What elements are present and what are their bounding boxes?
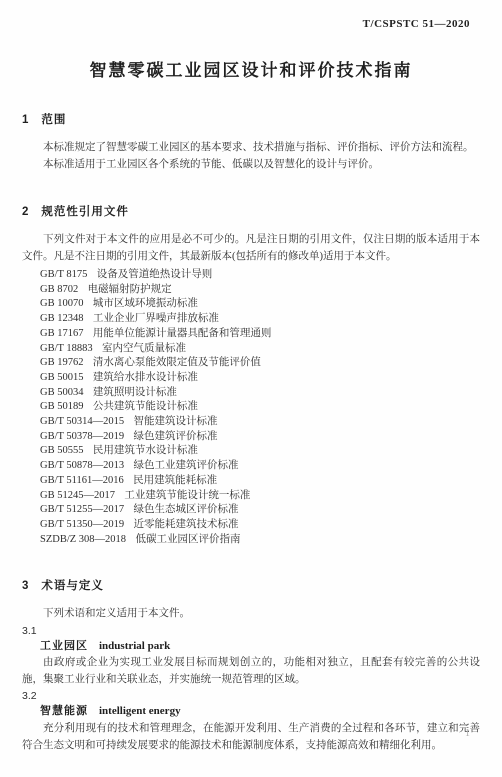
reference-item: GB/T 50378—2019绿色建筑评价标准 xyxy=(40,430,480,445)
term-definition: 由政府或企业为实现工业发展目标而规划创立的，功能相对独立，且配套有较完善的公共设… xyxy=(22,654,480,688)
reference-title: 工业建筑节能设计统一标准 xyxy=(124,490,250,501)
reference-item: SZDB/Z 308—2018低碳工业园区评价指南 xyxy=(40,533,480,548)
reference-item: GB/T 51255—2017绿色生态城区评价标准 xyxy=(40,503,480,518)
reference-title: 绿色工业建筑评价标准 xyxy=(134,460,239,471)
term-name-chinese: 智慧能源 xyxy=(40,705,88,717)
reference-code: GB 50034 xyxy=(40,387,83,398)
reference-item: GB 12348工业企业厂界噪声排放标准 xyxy=(40,312,480,327)
section-number: 1 xyxy=(22,114,28,126)
reference-list: GB/T 8175设备及管道绝热设计导则 GB 8702电磁辐射防护规定 GB … xyxy=(22,268,480,547)
reference-title: 智能建筑设计标准 xyxy=(134,416,218,427)
section-number: 2 xyxy=(22,206,28,218)
reference-code: GB/T 51255—2017 xyxy=(40,504,124,515)
reference-title: 清水离心泵能效限定值及节能评价值 xyxy=(93,357,261,368)
reference-item: GB 19762清水离心泵能效限定值及节能评价值 xyxy=(40,356,480,371)
section-heading-normative-references: 2规范性引用文件 xyxy=(22,203,480,219)
reference-title: 城市区域环境振动标准 xyxy=(93,298,198,309)
reference-title: 用能单位能源计量器具配备和管理通则 xyxy=(93,328,272,339)
document-page: T/CSPSTC 51—2020 智慧零碳工业园区设计和评价技术指南 1范围 本… xyxy=(0,0,502,777)
references-intro: 下列文件对于本文件的应用是必不可少的。凡是注日期的引用文件，仅注日期的版本适用于… xyxy=(22,232,480,265)
reference-code: GB 8702 xyxy=(40,284,78,295)
term-name-english: industrial park xyxy=(99,640,170,652)
reference-title: 建筑照明设计标准 xyxy=(93,387,177,398)
reference-title: 绿色生态城区评价标准 xyxy=(134,504,239,515)
reference-title: 电磁辐射防护规定 xyxy=(88,284,172,295)
reference-item: GB 50555民用建筑节水设计标准 xyxy=(40,444,480,459)
term-entry: 3.2 智慧能源intelligent energy 充分利用现有的技术和管理理… xyxy=(22,689,480,754)
reference-code: GB 10070 xyxy=(40,298,83,309)
reference-code: GB/T 50878—2013 xyxy=(40,460,124,471)
reference-code: GB/T 51350—2019 xyxy=(40,519,124,530)
reference-title: 室内空气质量标准 xyxy=(102,343,186,354)
reference-code: GB/T 51161—2016 xyxy=(40,475,124,486)
reference-title: 绿色建筑评价标准 xyxy=(134,431,218,442)
reference-item: GB 10070城市区域环境振动标准 xyxy=(40,297,480,312)
reference-code: GB/T 50378—2019 xyxy=(40,431,124,442)
page-number: 1 xyxy=(465,728,470,739)
document-title: 智慧零碳工业园区设计和评价技术指南 xyxy=(22,56,480,81)
reference-code: GB 50015 xyxy=(40,372,83,383)
reference-code: GB 51245—2017 xyxy=(40,490,115,501)
term-definition: 充分利用现有的技术和管理理念，在能源开发利用、生产消费的全过程和各环节，建立和完… xyxy=(22,720,480,754)
reference-code: GB/T 50314—2015 xyxy=(40,416,124,427)
terms-list: 3.1 工业园区industrial park 由政府或企业为实现工业发展目标而… xyxy=(22,624,480,754)
reference-title: 民用建筑能耗标准 xyxy=(133,475,217,486)
scope-paragraph-1: 本标准规定了智慧零碳工业园区的基本要求、技术措施与指标、评价指标、评价方法和流程… xyxy=(22,140,480,157)
reference-title: 设备及管道绝热设计导则 xyxy=(97,269,213,280)
term-name-english: intelligent energy xyxy=(99,705,181,717)
reference-item: GB 17167用能单位能源计量器具配备和管理通则 xyxy=(40,327,480,342)
section-heading-scope: 1范围 xyxy=(22,111,480,127)
term-entry: 3.1 工业园区industrial park 由政府或企业为实现工业发展目标而… xyxy=(22,624,480,689)
reference-title: 建筑给水排水设计标准 xyxy=(93,372,198,383)
reference-code: GB 12348 xyxy=(40,313,83,324)
section-title: 规范性引用文件 xyxy=(41,206,129,218)
term-name: 工业园区industrial park xyxy=(22,639,480,655)
reference-title: 民用建筑节水设计标准 xyxy=(93,445,198,456)
reference-item: GB/T 8175设备及管道绝热设计导则 xyxy=(40,268,480,283)
term-id: 3.2 xyxy=(22,689,480,704)
standard-code: T/CSPSTC 51—2020 xyxy=(22,18,480,30)
reference-item: GB/T 18883室内空气质量标准 xyxy=(40,342,480,357)
reference-code: GB/T 8175 xyxy=(40,269,87,280)
reference-code: GB/T 18883 xyxy=(40,343,93,354)
reference-item: GB/T 51161—2016民用建筑能耗标准 xyxy=(40,474,480,489)
section-number: 3 xyxy=(22,580,28,592)
section-heading-terms: 3术语与定义 xyxy=(22,577,480,593)
reference-code: SZDB/Z 308—2018 xyxy=(40,534,126,545)
reference-item: GB 50034建筑照明设计标准 xyxy=(40,386,480,401)
section-title: 术语与定义 xyxy=(41,580,104,592)
reference-title: 工业企业厂界噪声排放标准 xyxy=(93,313,219,324)
reference-item: GB 50015建筑给水排水设计标准 xyxy=(40,371,480,386)
reference-code: GB 17167 xyxy=(40,328,83,339)
scope-paragraph-2: 本标准适用于工业园区各个系统的节能、低碳以及智慧化的设计与评价。 xyxy=(22,157,480,174)
reference-code: GB 19762 xyxy=(40,357,83,368)
term-name-chinese: 工业园区 xyxy=(40,640,88,652)
reference-item: GB 8702电磁辐射防护规定 xyxy=(40,283,480,298)
reference-code: GB 50555 xyxy=(40,445,83,456)
reference-code: GB 50189 xyxy=(40,401,83,412)
reference-item: GB/T 50878—2013绿色工业建筑评价标准 xyxy=(40,459,480,474)
reference-title: 公共建筑节能设计标准 xyxy=(93,401,198,412)
reference-item: GB/T 51350—2019近零能耗建筑技术标准 xyxy=(40,518,480,533)
term-name: 智慧能源intelligent energy xyxy=(22,704,480,720)
reference-title: 近零能耗建筑技术标准 xyxy=(134,519,239,530)
reference-item: GB 51245—2017工业建筑节能设计统一标准 xyxy=(40,489,480,504)
section-title: 范围 xyxy=(41,114,66,126)
reference-item: GB/T 50314—2015智能建筑设计标准 xyxy=(40,415,480,430)
reference-title: 低碳工业园区评价指南 xyxy=(135,534,240,545)
reference-item: GB 50189公共建筑节能设计标准 xyxy=(40,400,480,415)
term-id: 3.1 xyxy=(22,624,480,639)
terms-intro: 下列术语和定义适用于本文件。 xyxy=(22,606,480,623)
